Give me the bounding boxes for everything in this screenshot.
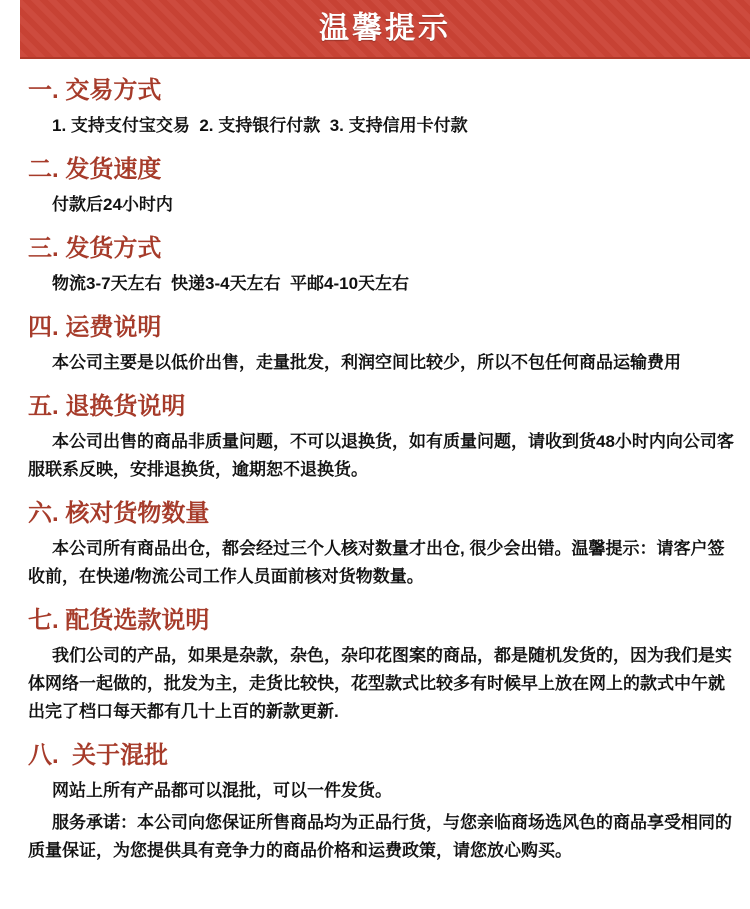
section-body: 本公司主要是以低价出售，走量批发，利润空间比较少，所以不包任何商品运输费用: [28, 349, 736, 377]
section-heading: 三. 发货方式: [28, 235, 736, 262]
tips-banner: 温馨提示: [20, 0, 750, 59]
section-body: 1. 支持支付宝交易 2. 支持银行付款 3. 支持信用卡付款: [28, 112, 736, 140]
section-heading: 四. 运费说明: [28, 314, 736, 341]
notice-section: 六. 核对货物数量 本公司所有商品出仓，都会经过三个人核对数量才出仓, 很少会出…: [28, 500, 736, 591]
section-paragraph: 本公司出售的商品非质量问题，不可以退换货，如有质量问题，请收到货48小时内向公司…: [28, 428, 736, 484]
tips-page: 温馨提示 一. 交易方式 1. 支持支付宝交易 2. 支持银行付款 3. 支持信…: [0, 0, 750, 909]
notice-section: 七. 配货选款说明 我们公司的产品，如果是杂款，杂色，杂印花图案的商品，都是随机…: [28, 607, 736, 726]
section-body: 本公司所有商品出仓，都会经过三个人核对数量才出仓, 很少会出错。温馨提示：请客户…: [28, 535, 736, 591]
banner-title: 温馨提示: [319, 12, 451, 45]
notice-section: 八. 关于混批 网站上所有产品都可以混批，可以一件发货。服务承诺：本公司向您保证…: [28, 742, 736, 865]
section-heading: 六. 核对货物数量: [28, 500, 736, 527]
section-body: 本公司出售的商品非质量问题，不可以退换货，如有质量问题，请收到货48小时内向公司…: [28, 428, 736, 484]
section-body: 物流3-7天左右 快递3-4天左右 平邮4-10天左右: [28, 270, 736, 298]
section-paragraph: 服务承诺：本公司向您保证所售商品均为正品行货，与您亲临商场选风色的商品享受相同的…: [28, 809, 736, 865]
section-heading: 五. 退换货说明: [28, 393, 736, 420]
notice-sections: 一. 交易方式 1. 支持支付宝交易 2. 支持银行付款 3. 支持信用卡付款 …: [0, 59, 750, 889]
section-heading: 七. 配货选款说明: [28, 607, 736, 634]
section-paragraph: 物流3-7天左右 快递3-4天左右 平邮4-10天左右: [28, 270, 736, 298]
section-paragraph: 付款后24小时内: [28, 191, 736, 219]
section-body: 我们公司的产品，如果是杂款，杂色，杂印花图案的商品，都是随机发货的，因为我们是实…: [28, 642, 736, 726]
section-heading: 一. 交易方式: [28, 77, 736, 104]
section-paragraph: 本公司主要是以低价出售，走量批发，利润空间比较少，所以不包任何商品运输费用: [28, 349, 736, 377]
section-paragraph: 网站上所有产品都可以混批，可以一件发货。: [28, 777, 736, 805]
section-paragraph: 我们公司的产品，如果是杂款，杂色，杂印花图案的商品，都是随机发货的，因为我们是实…: [28, 642, 736, 726]
notice-section: 四. 运费说明 本公司主要是以低价出售，走量批发，利润空间比较少，所以不包任何商…: [28, 314, 736, 377]
section-body: 网站上所有产品都可以混批，可以一件发货。服务承诺：本公司向您保证所售商品均为正品…: [28, 777, 736, 865]
notice-section: 五. 退换货说明 本公司出售的商品非质量问题，不可以退换货，如有质量问题，请收到…: [28, 393, 736, 484]
section-paragraph: 本公司所有商品出仓，都会经过三个人核对数量才出仓, 很少会出错。温馨提示：请客户…: [28, 535, 736, 591]
section-heading: 二. 发货速度: [28, 156, 736, 183]
notice-section: 三. 发货方式 物流3-7天左右 快递3-4天左右 平邮4-10天左右: [28, 235, 736, 298]
section-heading: 八. 关于混批: [28, 742, 736, 769]
notice-section: 二. 发货速度 付款后24小时内: [28, 156, 736, 219]
section-paragraph: 1. 支持支付宝交易 2. 支持银行付款 3. 支持信用卡付款: [28, 112, 736, 140]
notice-section: 一. 交易方式 1. 支持支付宝交易 2. 支持银行付款 3. 支持信用卡付款: [28, 77, 736, 140]
section-body: 付款后24小时内: [28, 191, 736, 219]
